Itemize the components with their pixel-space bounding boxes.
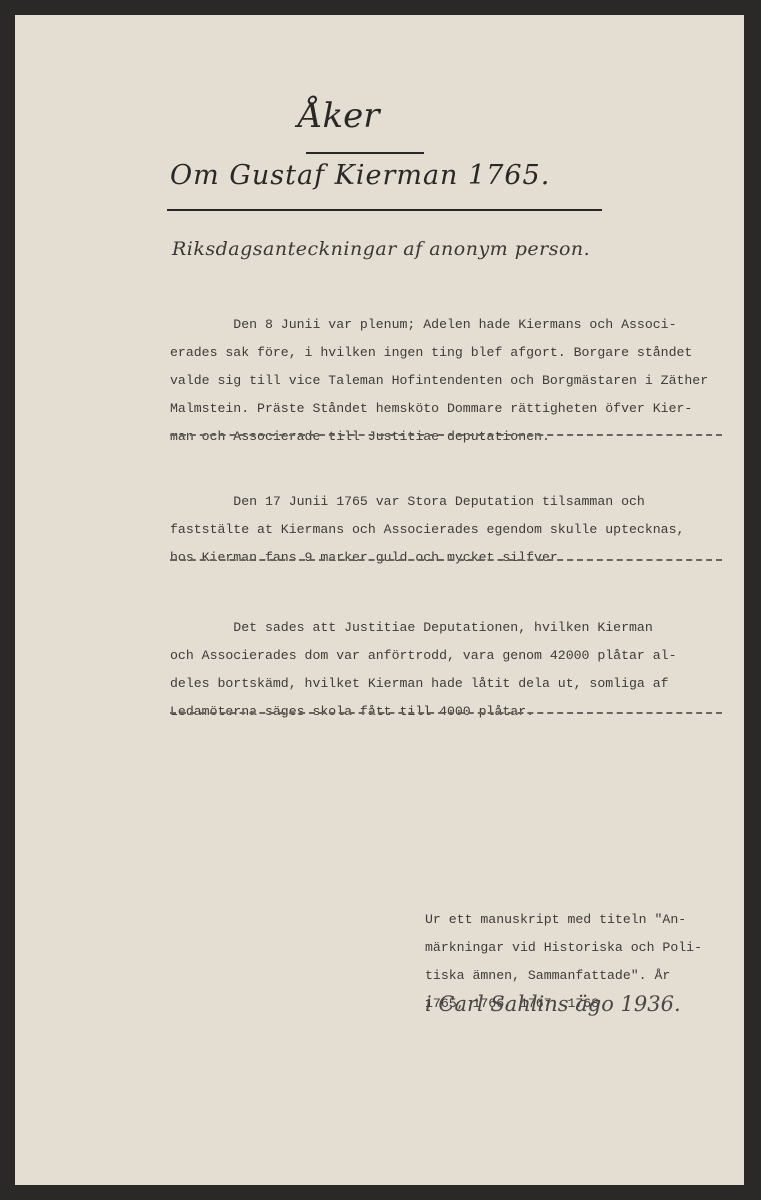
page-subtitle: Om Gustaf Kierman 1765. [170,160,550,191]
source-note: Ur ett manuskript med titeln "An-märknin… [425,878,702,1046]
text-line: Det sades att Justitiae Deputationen, hv… [170,614,676,642]
text-line: Malmstein. Präste Ståndet hemsköto Domma… [170,395,708,423]
text-line: faststälte at Kiermans och Associerades … [170,516,684,544]
text-line: Ur ett manuskript med titeln "An- [425,906,702,934]
dashed-divider [170,434,722,436]
page-title: Åker [298,96,380,136]
text-line: märkningar vid Historiska och Poli- [425,934,702,962]
handwritten-note: Riksdagsanteckningar af anonym person. [172,238,590,260]
subtitle-underline [167,209,602,211]
dashed-divider [170,559,722,561]
text-line: tiska ämnen, Sammanfattade". År [425,962,702,990]
dashed-divider [170,712,722,714]
text-line: hos Kierman fans 9 marker guld och mycke… [170,544,684,572]
paragraph-1: Den 8 Junii var plenum; Adelen hade Kier… [170,283,708,479]
paragraph-3: Det sades att Justitiae Deputationen, hv… [170,586,676,754]
title-underline [306,152,424,154]
provenance-signature: i Carl Sahlins ägo 1936. [425,992,681,1016]
text-line: valde sig till vice Taleman Hofintendent… [170,367,708,395]
text-line: man och Associerade till Justitiae deput… [170,423,708,451]
text-line: erades sak före, i hvilken ingen ting bl… [170,339,708,367]
text-line: Den 8 Junii var plenum; Adelen hade Kier… [170,311,708,339]
text-line: och Associerades dom var anförtrodd, var… [170,642,676,670]
text-line: deles bortskämd, hvilket Kierman hade lå… [170,670,676,698]
text-line: Den 17 Junii 1765 var Stora Deputation t… [170,488,684,516]
paragraph-2: Den 17 Junii 1765 var Stora Deputation t… [170,460,684,600]
